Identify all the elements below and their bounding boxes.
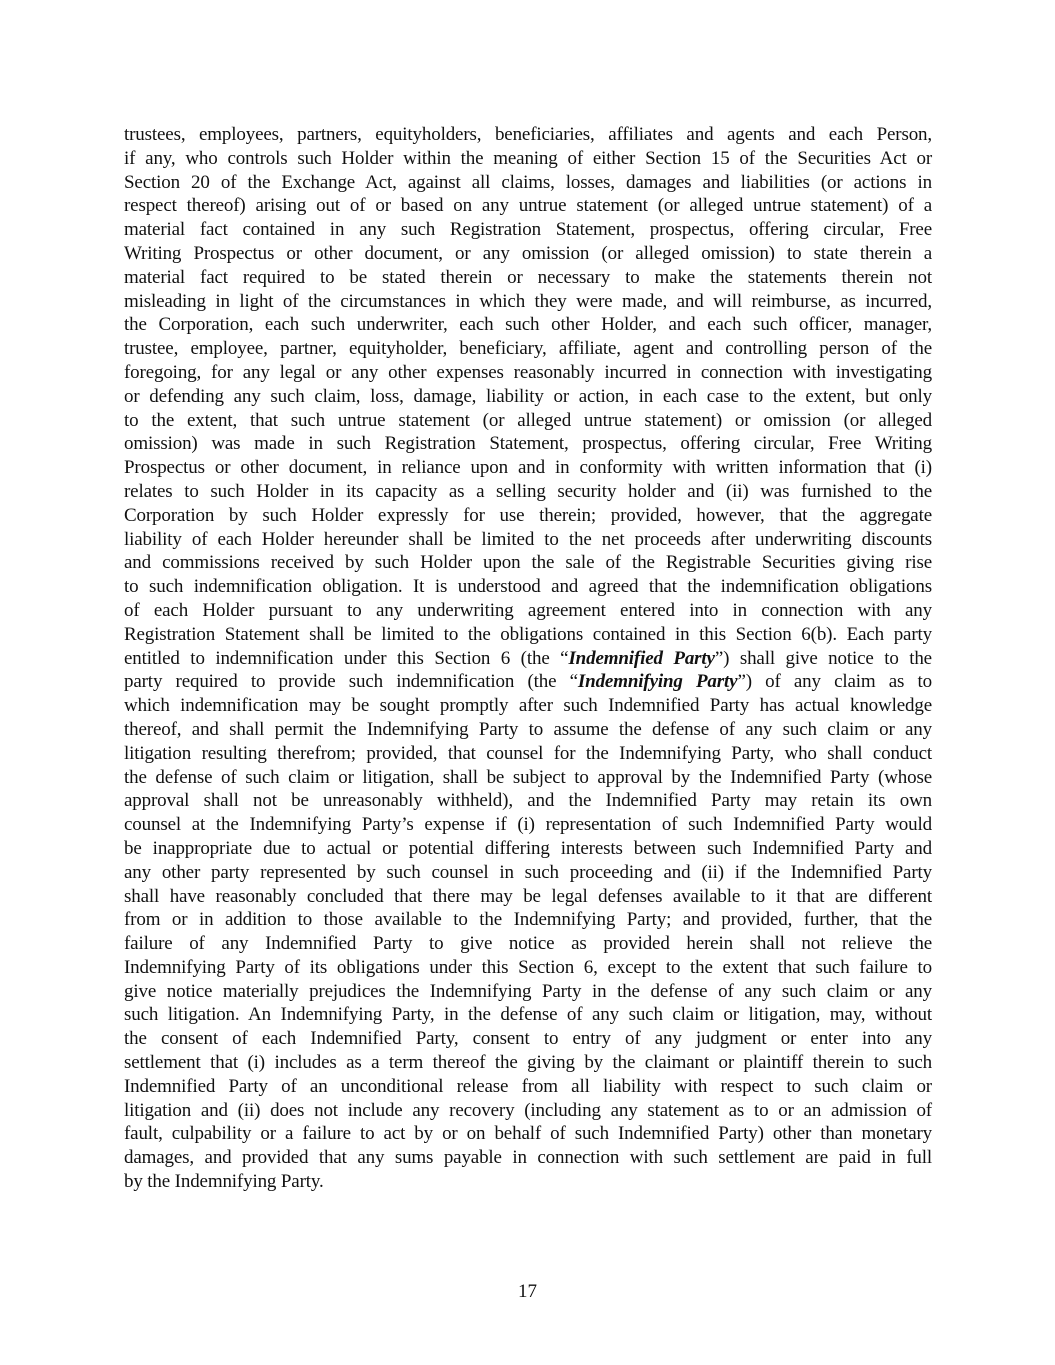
text-line: and commissions received by such Holder … [124, 551, 932, 575]
text-line: damages, and provided that any sums paya… [124, 1146, 932, 1170]
text-fragment: ”) of any claim as to [737, 671, 932, 692]
text-fragment: entitled to indemnification under this S… [124, 648, 568, 669]
text-line: trustee, employee, partner, equityholder… [124, 337, 932, 361]
text-line: material fact required to be stated ther… [124, 266, 932, 290]
text-line: approval shall not be unreasonably withh… [124, 789, 932, 813]
text-line: Indemnifying Party of its obligations un… [124, 956, 932, 980]
defined-term-indemnified-party: Indemnified Party [568, 648, 714, 669]
text-line: material fact contained in any such Regi… [124, 218, 932, 242]
text-line: to such indemnification obligation. It i… [124, 575, 932, 599]
text-line: the defense of such claim or litigation,… [124, 766, 932, 790]
text-line: settlement that (i) includes as a term t… [124, 1051, 932, 1075]
document-body: trustees, employees, partners, equityhol… [124, 123, 932, 1194]
text-line: Indemnified Party of an unconditional re… [124, 1075, 932, 1099]
text-line: to the extent, that such untrue statemen… [124, 409, 932, 433]
text-line: the consent of each Indemnified Party, c… [124, 1027, 932, 1051]
text-line-defined-term: party required to provide such indemnifi… [124, 670, 932, 694]
text-line: if any, who controls such Holder within … [124, 147, 932, 171]
text-line: the Corporation, each such underwriter, … [124, 313, 932, 337]
text-fragment: ”) shall give notice to the [715, 648, 932, 669]
text-line: foregoing, for any legal or any other ex… [124, 361, 932, 385]
text-line: thereof, and shall permit the Indemnifyi… [124, 718, 932, 742]
text-line: respect thereof) arising out of or based… [124, 194, 932, 218]
text-line: liability of each Holder hereunder shall… [124, 528, 932, 552]
text-line: litigation resulting therefrom; provided… [124, 742, 932, 766]
page-number: 17 [0, 1280, 1055, 1304]
text-line: be inappropriate due to actual or potent… [124, 837, 932, 861]
text-line: give notice materially prejudices the In… [124, 980, 932, 1004]
text-line: litigation and (ii) does not include any… [124, 1099, 932, 1123]
text-line: fault, culpability or a failure to act b… [124, 1122, 932, 1146]
text-line: shall have reasonably concluded that the… [124, 885, 932, 909]
text-line: failure of any Indemnified Party to give… [124, 932, 932, 956]
text-line: Writing Prospectus or other document, or… [124, 242, 932, 266]
text-line: Section 20 of the Exchange Act, against … [124, 171, 932, 195]
text-line: or defending any such claim, loss, damag… [124, 385, 932, 409]
text-line: Prospectus or other document, in relianc… [124, 456, 932, 480]
text-fragment: party required to provide such indemnifi… [124, 671, 578, 692]
text-line: of each Holder pursuant to any underwrit… [124, 599, 932, 623]
text-line: Registration Statement shall be limited … [124, 623, 932, 647]
text-line-defined-term: entitled to indemnification under this S… [124, 647, 932, 671]
defined-term-indemnifying-party: Indemnifying Party [578, 671, 738, 692]
text-line-last: by the Indemnifying Party. [124, 1170, 932, 1194]
text-line: Corporation by such Holder expressly for… [124, 504, 932, 528]
text-line: which indemnification may be sought prom… [124, 694, 932, 718]
text-line: omission) was made in such Registration … [124, 432, 932, 456]
text-line: trustees, employees, partners, equityhol… [124, 123, 932, 147]
text-line: misleading in light of the circumstances… [124, 290, 932, 314]
text-line: counsel at the Indemnifying Party’s expe… [124, 813, 932, 837]
text-line: relates to such Holder in its capacity a… [124, 480, 932, 504]
text-line: from or in addition to those available t… [124, 908, 932, 932]
text-line: any other party represented by such coun… [124, 861, 932, 885]
text-line: such litigation. An Indemnifying Party, … [124, 1003, 932, 1027]
